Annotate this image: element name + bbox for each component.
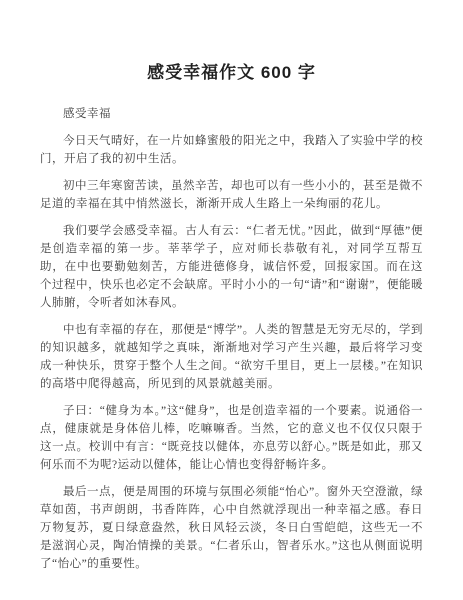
document-title: 感受幸福作文 600 字: [40, 58, 423, 83]
paragraph-6: 最后一点，便是周围的环境与氛围必须能“怡心”。窗外天空澄澈，绿草如茵，书声朗朗，…: [40, 483, 423, 573]
paragraph-5: 子曰：“健身为本。”这“健身”，也是创造幸福的一个要素。说通俗一点，健康就是身体…: [40, 402, 423, 474]
paragraph-2: 初中三年寒窗苦读，虽然辛苦，却也可以有一些小小的，甚至是微不足道的幸福在其中悄然…: [40, 177, 423, 213]
document-page: 感受幸福作文 600 字 感受幸福 今日天气晴好，在一片如蜂蜜般的阳光之中，我踏…: [0, 0, 463, 600]
paragraph-3: 我们要学会感受幸福。古人有云：“仁者无忧。”因此，做到“厚德”便是创造幸福的第一…: [40, 222, 423, 312]
paragraph-4: 中也有幸福的存在，那便是“博学”。人类的智慧是无穷无尽的，学到的知识越多，就越知…: [40, 321, 423, 393]
paragraph-subtitle: 感受幸福: [40, 105, 423, 123]
paragraph-1: 今日天气晴好，在一片如蜂蜜般的阳光之中，我踏入了实验中学的校门，开启了我的初中生…: [40, 132, 423, 168]
